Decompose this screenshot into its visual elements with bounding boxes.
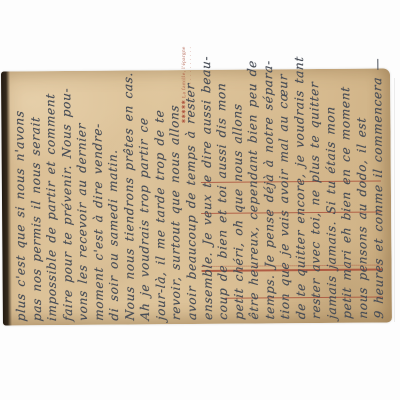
postcard-scan: ✱✱✱✱✱ La famille, l'épargne · · · · · · … xyxy=(0,0,400,400)
scanner-edge-line xyxy=(394,78,395,322)
postcard: ✱✱✱✱✱ La famille, l'épargne · · · · · · … xyxy=(1,68,392,325)
letter-line: tion que je vais avoir mal au cœur xyxy=(276,73,293,321)
letter-line: être heureux, cependant bien peu de xyxy=(245,73,262,321)
letter-line: impossible de partir et comment xyxy=(43,74,60,322)
letter-line: rester avec toi, ne plus te quitter xyxy=(307,72,324,320)
letter-line: plus c'est que si nous n'avons xyxy=(12,75,29,323)
handwriting-block: plus c'est que si nous n'avonspas nos pe… xyxy=(9,68,390,325)
letter-line: Ah je voudrais trop partir ce xyxy=(136,74,153,322)
handwritten-letter: plus c'est que si nous n'avonspas nos pe… xyxy=(12,73,388,322)
letter-line: vons les recevoir au dernier xyxy=(74,74,91,322)
letter-line: 9 heures et comme il commencera — xyxy=(370,72,387,320)
letter-line: di soir ou samedi matin. xyxy=(105,74,122,322)
letter-line: nous pensons au dodo, il est xyxy=(354,72,371,320)
letter-line: avoir beaucoup de temps à rester xyxy=(183,73,200,321)
letter-line: coup de bien et toi aussi dis mon xyxy=(214,73,231,321)
